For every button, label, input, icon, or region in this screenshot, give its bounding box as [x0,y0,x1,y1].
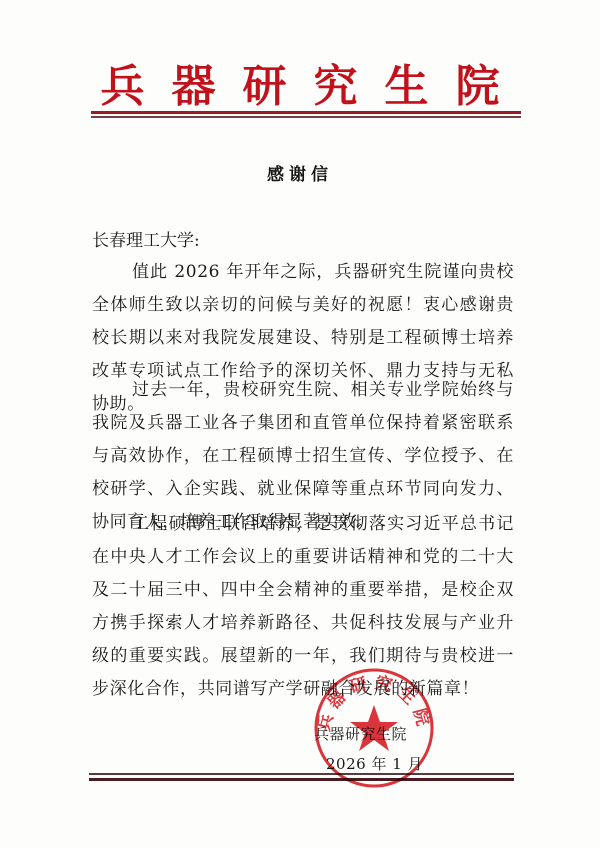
body-paragraph-3: 工程硕博士联合培养，是贯彻落实习近平总书记在中央人才工作会议上的重要讲话精神和党… [92,508,514,706]
footer-rule-bottom [89,778,514,781]
footer-rule-top [89,773,514,775]
letterhead-rule-bottom [91,116,521,118]
star-icon [350,705,398,751]
document-title: 感谢信 [0,160,600,185]
letterhead-rule-top [91,111,521,114]
letterhead-title: 兵器研究生院 [0,62,600,112]
salutation: 长春理工大学: [92,228,200,254]
official-seal: 兵器研究生院 [313,667,435,789]
